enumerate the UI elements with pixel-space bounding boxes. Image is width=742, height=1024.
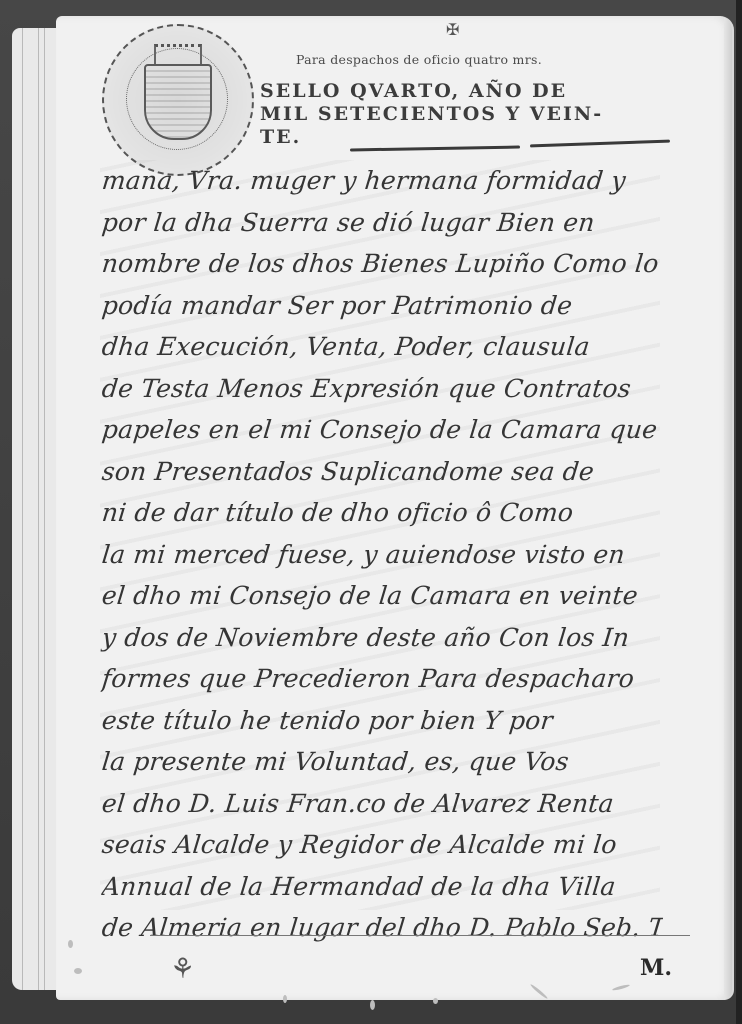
cross-icon: ✠	[446, 20, 459, 39]
handwritten-line: papeles en el mi Consejo de la Camara qu…	[100, 409, 664, 451]
stamp-title-line-3: TE.	[260, 126, 301, 148]
handwritten-line: seais Alcalde y Regidor de Alcalde mi lo	[100, 824, 664, 866]
stamp-title-line-2: MIL SETECIENTOS Y VEIN-	[260, 103, 603, 125]
closing-rule	[150, 935, 690, 936]
page-edge-line	[22, 28, 23, 990]
handwritten-text-block: mana, Vra. muger y hermana formidad y po…	[102, 160, 662, 949]
stamp-tax-line: Para despachos de oficio quatro mrs.	[296, 52, 542, 67]
paper-spot	[370, 1000, 375, 1010]
rubric-flourish-icon: ⚘	[170, 952, 195, 985]
stamp-title-line-1: SELLO QVARTO, AÑO DE	[260, 80, 567, 102]
seal-crown-icon	[154, 44, 202, 65]
scanned-document: ✠ Para despachos de oficio quatro mrs. S…	[0, 0, 742, 1024]
handwritten-line: formes que Precedieron Para despacharo	[100, 658, 664, 700]
handwritten-line: por la dha Suerra se dió lugar Bien en	[100, 202, 664, 244]
paper-spot	[68, 940, 73, 948]
page-edge-line	[38, 28, 39, 990]
handwritten-line: de Almeria en lugar del dho D. Pablo Seb…	[100, 907, 664, 949]
handwritten-line: ni de dar título de dho oficio ô Como	[100, 492, 664, 534]
paper-spot	[433, 998, 438, 1004]
handwritten-line: nombre de los dhos Bienes Lupiño Como lo	[100, 243, 664, 285]
seal-coat-of-arms-icon	[144, 64, 212, 140]
handwritten-line: la mi merced fuese, y auiendose visto en	[100, 534, 664, 576]
folio-mark: M.	[640, 955, 672, 981]
paper-spot	[283, 995, 287, 1003]
handwritten-line: el dho mi Consejo de la Camara en veinte	[100, 575, 664, 617]
handwritten-line: dha Execución, Venta, Poder, clausula	[100, 326, 664, 368]
handwritten-line: mana, Vra. muger y hermana formidad y	[100, 160, 664, 202]
handwritten-line: Annual de la Hermandad de la dha Villa	[100, 866, 664, 908]
handwritten-line: de Testa Menos Expresión que Contratos	[100, 368, 664, 410]
handwritten-line: y dos de Noviembre deste año Con los In	[100, 617, 664, 659]
handwritten-line: son Presentados Suplicandome sea de	[100, 451, 664, 493]
paper-spot	[74, 968, 82, 974]
page-right-edge	[724, 16, 732, 1000]
handwritten-line: este título he tenido por bien Y por	[100, 700, 664, 742]
handwritten-line: el dho D. Luis Fran.co de Alvarez Renta	[100, 783, 664, 825]
handwritten-line: podía mandar Ser por Patrimonio de	[100, 285, 664, 327]
handwritten-line: la presente mi Voluntad, es, que Vos	[100, 741, 664, 783]
scanner-background-edge	[736, 0, 742, 1024]
page-edge-line	[44, 28, 45, 990]
royal-seal-stamp-icon	[102, 24, 254, 176]
